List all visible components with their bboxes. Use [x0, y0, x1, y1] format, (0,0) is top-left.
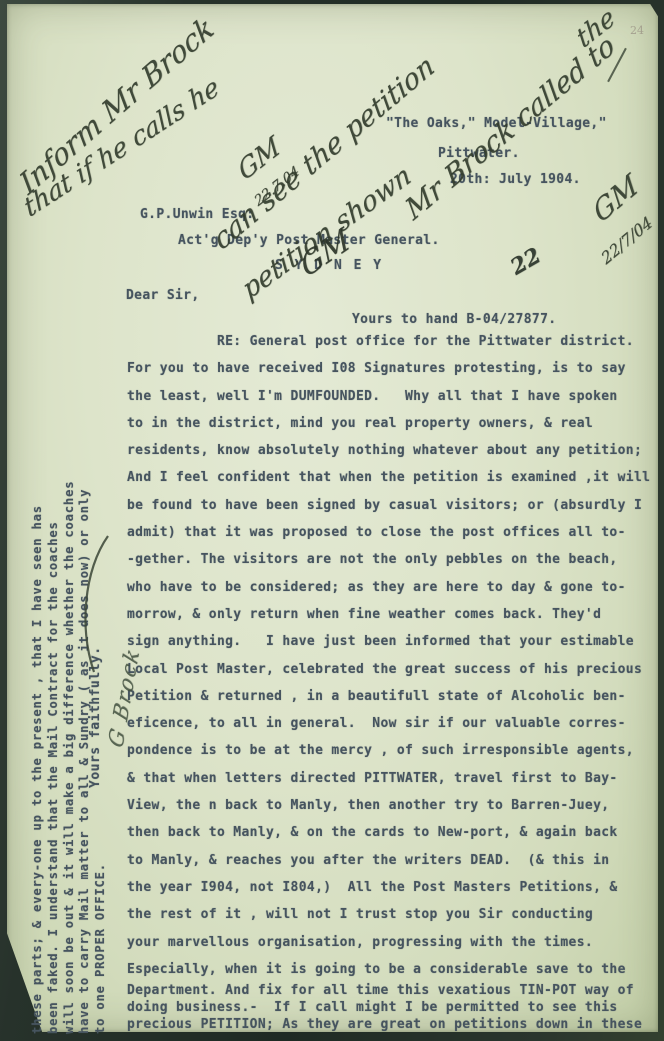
typed-line: who have to be considered; as they are h…: [127, 580, 650, 607]
typed-line: admit) that it was proposed to close the…: [127, 525, 650, 552]
typed-line: pondence is to be at the mercy , of such…: [127, 743, 650, 770]
typed-line: eficence, to all in general. Now sir if …: [127, 716, 650, 743]
body-paragraph-tight: Department. And fix for all time this ve…: [127, 983, 642, 1035]
typed-line: precious PETITION; As they are great on …: [127, 1017, 642, 1034]
typed-line: View, the n back to Manly, then another …: [127, 798, 650, 825]
typed-line: -gether. The visitors are not the only p…: [127, 552, 650, 579]
typed-line: be found to have been signed by casual v…: [127, 498, 650, 525]
typed-line: will soon be out & it will make a big di…: [62, 430, 78, 1034]
typed-line: to Manly, & reaches you after the writer…: [127, 853, 650, 880]
typed-line: RE: General post office for the Pittwate…: [127, 334, 650, 361]
typed-line: been faked. I understand that the Mail C…: [46, 430, 62, 1034]
typed-line: Local Post Master, celebrated the great …: [127, 662, 650, 689]
body-paragraph: RE: General post office for the Pittwate…: [127, 334, 650, 989]
typed-line: these parts; & every-one up to the prese…: [30, 430, 46, 1034]
typed-line: Petition & returned , in a beautifull st…: [127, 689, 650, 716]
typed-line: your marvellous organisation, progressin…: [127, 935, 650, 962]
typed-line: Department. And fix for all time this ve…: [127, 983, 642, 1000]
reference-line: Yours to hand B-04/27877.: [352, 312, 556, 327]
page-number: 24: [630, 24, 644, 37]
typed-line: For you to have received I08 Signatures …: [127, 361, 650, 388]
typed-line: the rest of it , will not I trust stop y…: [127, 907, 650, 934]
salutation: Dear Sir,: [126, 288, 200, 303]
margin-brace-stroke: [78, 532, 118, 677]
typed-line: the least, well I'm DUMFOUNDED. Why all …: [127, 389, 650, 416]
typed-line: And I feel confident that when the petit…: [127, 470, 650, 497]
typed-line: doing business.- If I call might I be pe…: [127, 1000, 642, 1017]
typed-line: morrow, & only return when fine weather …: [127, 607, 650, 634]
typed-line: then back to Manly, & on the cards to Ne…: [127, 825, 650, 852]
typed-line: the year I904, not I804,) All the Post M…: [127, 880, 650, 907]
typed-line: & that when letters directed PITTWATER, …: [127, 771, 650, 798]
scanned-letter-page: 24 "The Oaks," Model-Village," Pittwater…: [0, 0, 664, 1041]
typed-line: residents, know absolutely nothing whate…: [127, 443, 650, 470]
typed-line: to in the district, mind you real proper…: [127, 416, 650, 443]
typed-line: sign anything. I have just been informed…: [127, 634, 650, 661]
